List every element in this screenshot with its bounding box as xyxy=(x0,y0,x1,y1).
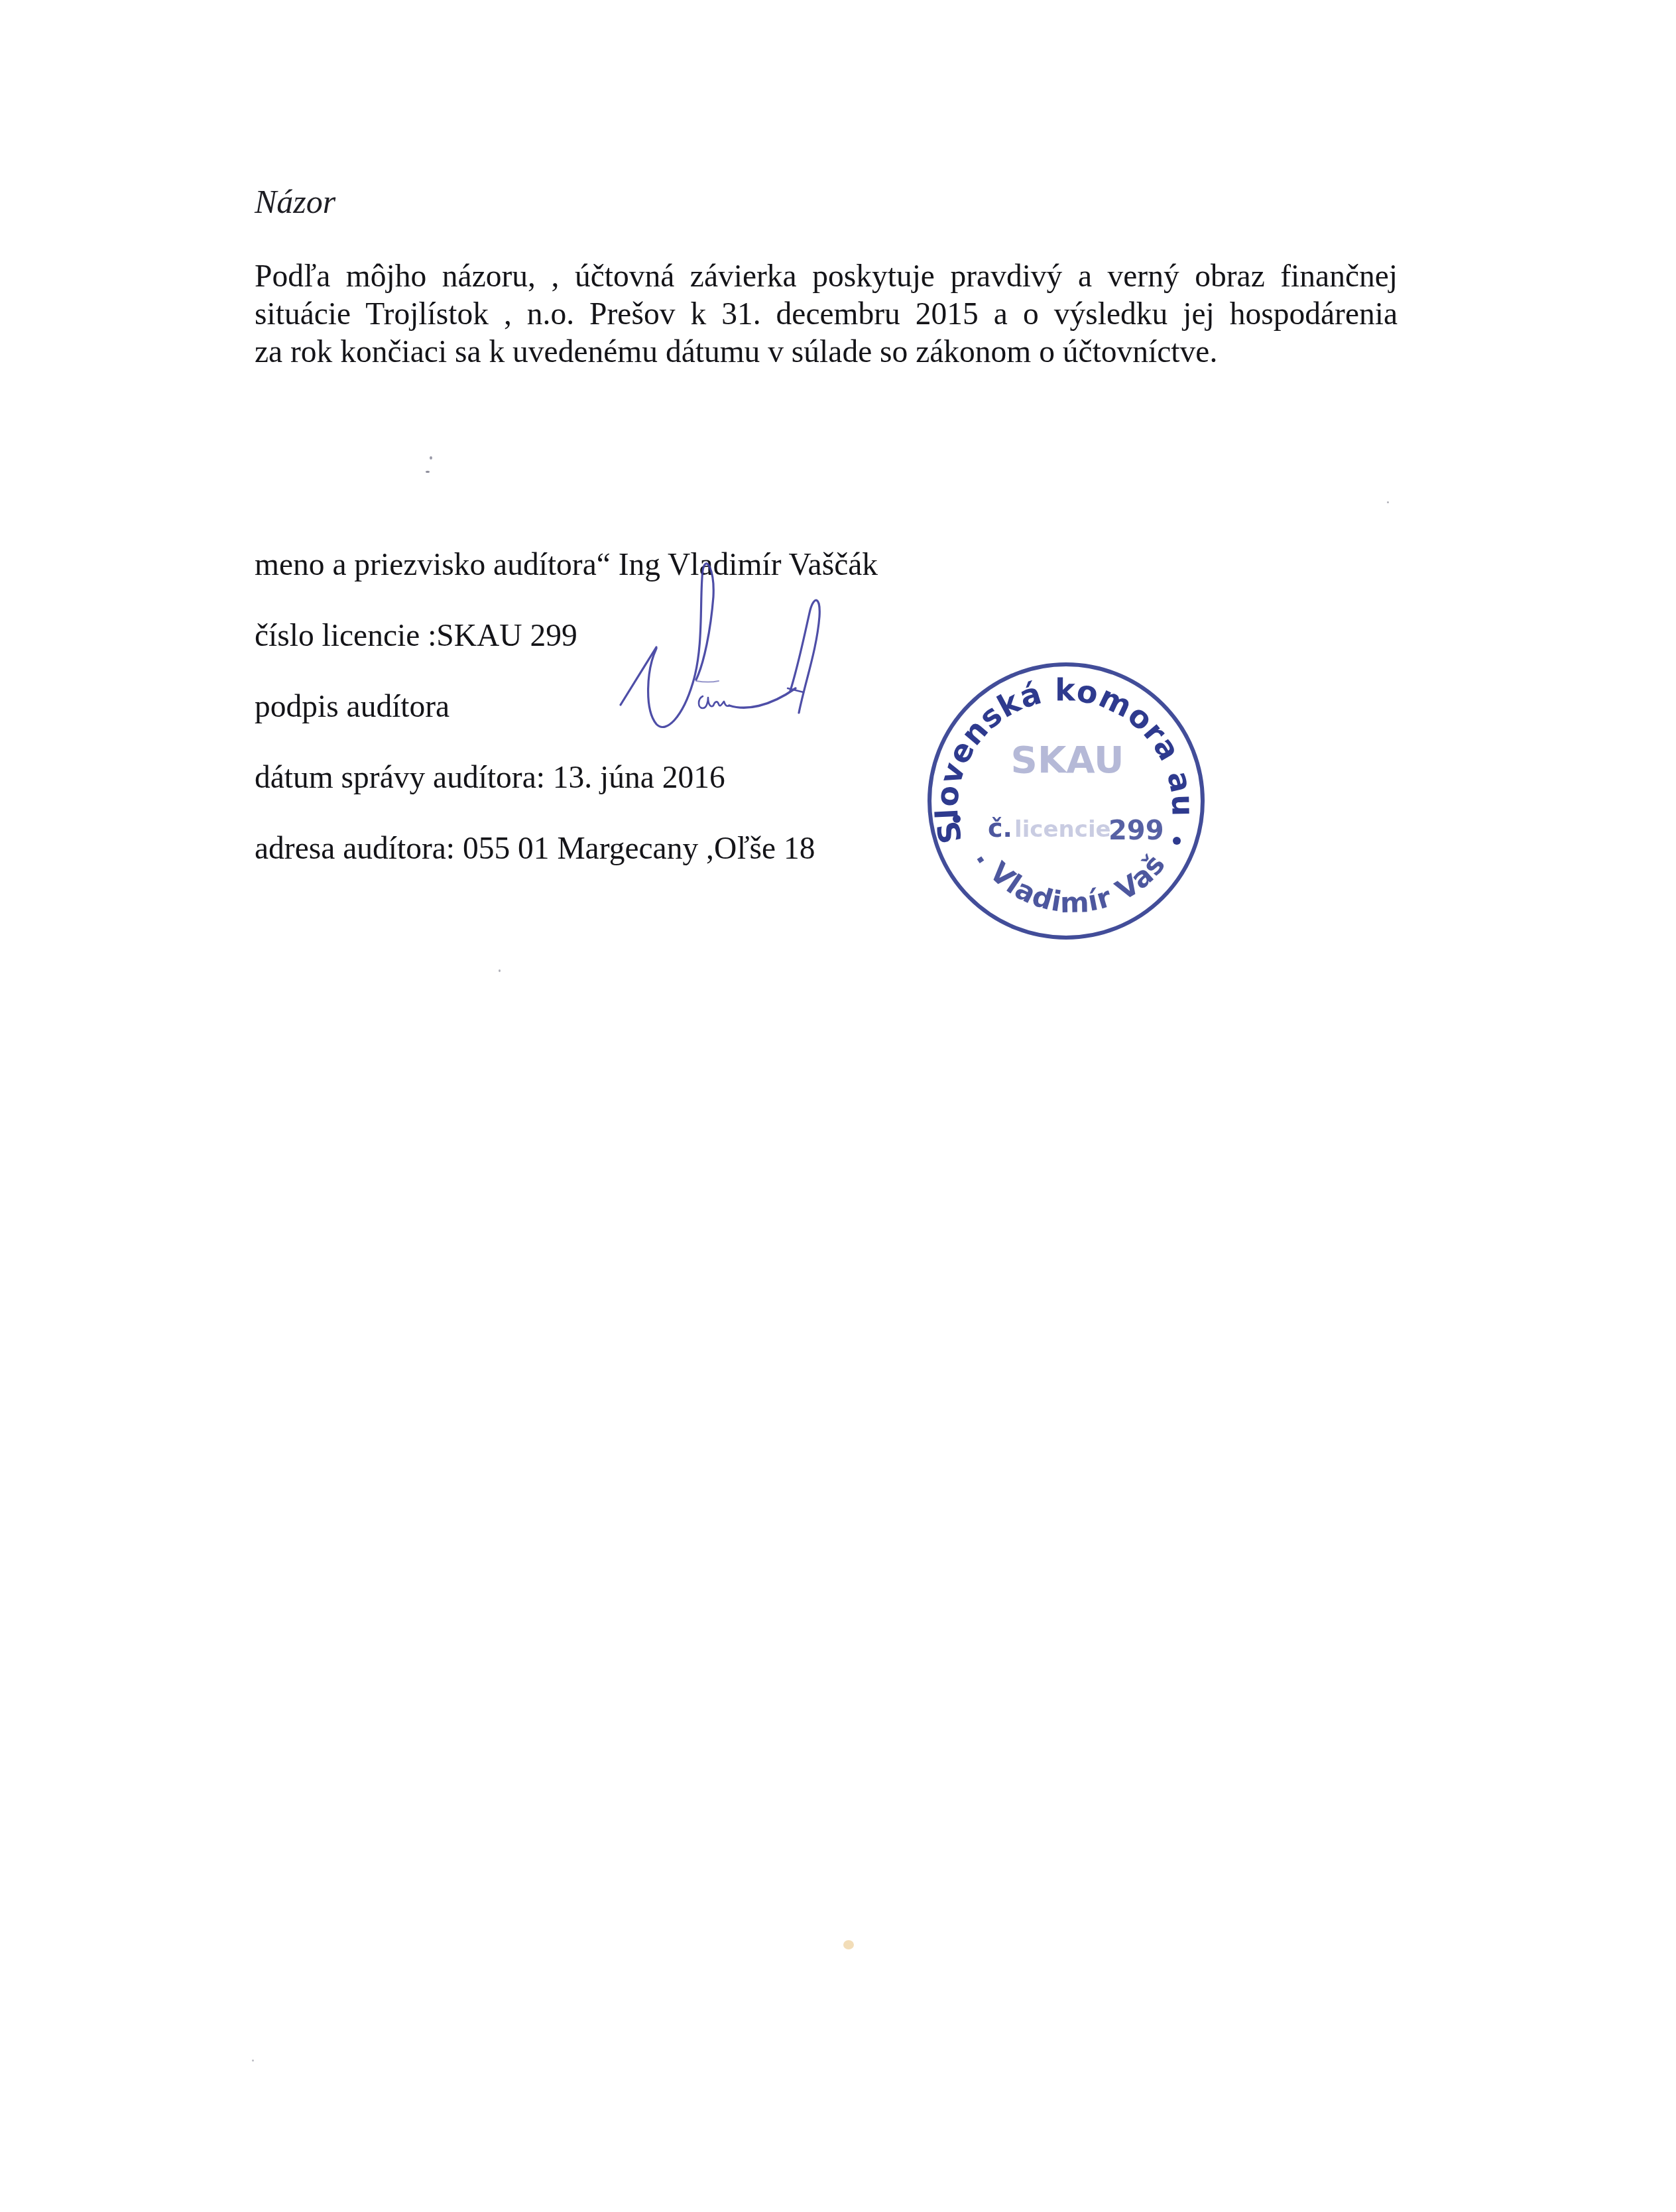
scan-speck xyxy=(1387,501,1389,503)
scan-speck xyxy=(430,456,432,460)
scan-speck xyxy=(426,471,430,473)
stamp-dot-right xyxy=(1173,837,1181,845)
auditor-details: meno a priezvisko audítora“ Ing Vladimír… xyxy=(255,545,878,900)
stamp-center-prefix: č. xyxy=(988,814,1012,843)
auditor-address: adresa audítora: 055 01 Margecany ,Oľše … xyxy=(255,829,878,900)
scan-speck xyxy=(843,1940,854,1949)
opinion-line: situácie Trojlístok , n.o. Prešov k 31. … xyxy=(255,296,1398,334)
stamp-ring xyxy=(929,664,1203,938)
section-heading-opinion: Názor xyxy=(255,182,335,221)
scan-speck xyxy=(499,969,501,972)
stamp-dot-left xyxy=(953,815,961,823)
stamp-center-faded: licencie xyxy=(1014,816,1111,843)
auditor-license: číslo licencie :SKAU 299 xyxy=(255,616,878,687)
auditor-report-date: dátum správy audítora: 13. júna 2016 xyxy=(255,758,878,829)
stamp-center-abbrev: SKAU xyxy=(1011,739,1124,782)
scan-speck xyxy=(252,2059,254,2061)
opinion-line: za rok končiaci sa k uvedenému dátumu v … xyxy=(255,334,1398,371)
opinion-paragraph: Podľa môjho názoru, , účtovná závierka p… xyxy=(255,258,1398,371)
opinion-line: Podľa môjho názoru, , účtovná závierka p… xyxy=(255,258,1398,296)
stamp-center-number: 299 xyxy=(1108,816,1164,846)
auditor-name: meno a priezvisko audítora“ Ing Vladimír… xyxy=(255,545,878,616)
document-page: Názor Podľa môjho názoru, , účtovná závi… xyxy=(0,0,1676,2212)
auditor-signature-label: podpis audítora xyxy=(255,687,878,758)
